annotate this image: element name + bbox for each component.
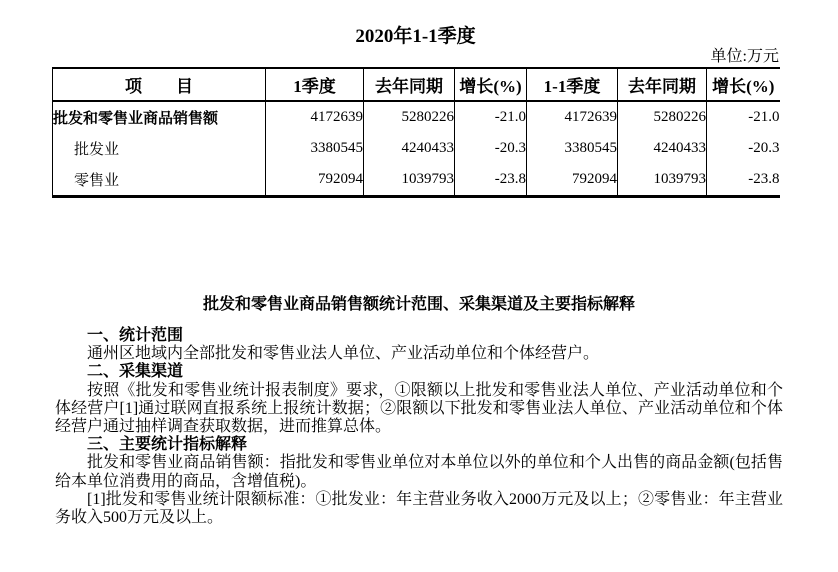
notes-paragraph-footnote: [1]批发和零售业统计限额标准：①批发业：年主营业务收入2000万元及以上；②零… <box>55 491 783 527</box>
col-header-prev-year-2: 去年同期 <box>618 68 707 101</box>
notes-title: 批发和零售业商品销售额统计范围、采集渠道及主要指标解释 <box>55 296 783 314</box>
cell-value: 792094 <box>527 164 618 197</box>
cell-value: 5280226 <box>364 101 455 133</box>
table-row-retail: 零售业 792094 1039793 -23.8 792094 1039793 … <box>53 164 780 197</box>
notes-paragraph: 批发和零售业商品销售额：指批发和零售业单位对本单位以外的单位和个人出售的商品金额… <box>55 454 783 490</box>
cell-value: 4240433 <box>364 133 455 164</box>
col-header-q1-1: 1-1季度 <box>527 68 618 101</box>
cell-value: 1039793 <box>364 164 455 197</box>
cell-value: -23.8 <box>707 164 780 197</box>
cell-value: 4172639 <box>527 101 618 133</box>
cell-value: 3380545 <box>266 133 364 164</box>
cell-value: -23.8 <box>455 164 527 197</box>
col-header-growth-1: 增长(%) <box>455 68 527 101</box>
cell-value: -20.3 <box>455 133 527 164</box>
notes-heading-scope: 一、统计范围 <box>55 327 783 345</box>
notes-section: 批发和零售业商品销售额统计范围、采集渠道及主要指标解释 一、统计范围 通州区地域… <box>55 296 783 527</box>
cell-value: 1039793 <box>618 164 707 197</box>
cell-value: 3380545 <box>527 133 618 164</box>
col-header-prev-year-1: 去年同期 <box>364 68 455 101</box>
row-label: 零售业 <box>53 164 266 197</box>
sales-statistics-table: 项 目 1季度 去年同期 增长(%) 1-1季度 去年同期 增长(%) 批发和零… <box>52 67 780 198</box>
col-header-item: 项 目 <box>53 68 266 101</box>
table-row-total: 批发和零售业商品销售额 4172639 5280226 -21.0 417263… <box>53 101 780 133</box>
table-header-row: 项 目 1季度 去年同期 增长(%) 1-1季度 去年同期 增长(%) <box>53 68 780 101</box>
cell-value: -21.0 <box>707 101 780 133</box>
notes-paragraph: 通州区地域内全部批发和零售业法人单位、产业活动单位和个体经营户。 <box>55 345 783 363</box>
col-header-growth-2: 增长(%) <box>707 68 780 101</box>
row-label: 批发业 <box>53 133 266 164</box>
cell-value: 5280226 <box>618 101 707 133</box>
cell-value: 4172639 <box>266 101 364 133</box>
cell-value: 4240433 <box>618 133 707 164</box>
cell-value: -20.3 <box>707 133 780 164</box>
cell-value: -21.0 <box>455 101 527 133</box>
notes-heading-channels: 二、采集渠道 <box>55 363 783 381</box>
notes-paragraph: 按照《批发和零售业统计报表制度》要求，①限额以上批发和零售业法人单位、产业活动单… <box>55 382 783 437</box>
row-label: 批发和零售业商品销售额 <box>53 101 266 133</box>
notes-heading-indicators: 三、主要统计指标解释 <box>55 436 783 454</box>
table-row-wholesale: 批发业 3380545 4240433 -20.3 3380545 424043… <box>53 133 780 164</box>
cell-value: 792094 <box>266 164 364 197</box>
col-header-q1: 1季度 <box>266 68 364 101</box>
page-title: 2020年1-1季度 <box>52 26 779 48</box>
unit-label: 单位:万元 <box>52 47 779 66</box>
